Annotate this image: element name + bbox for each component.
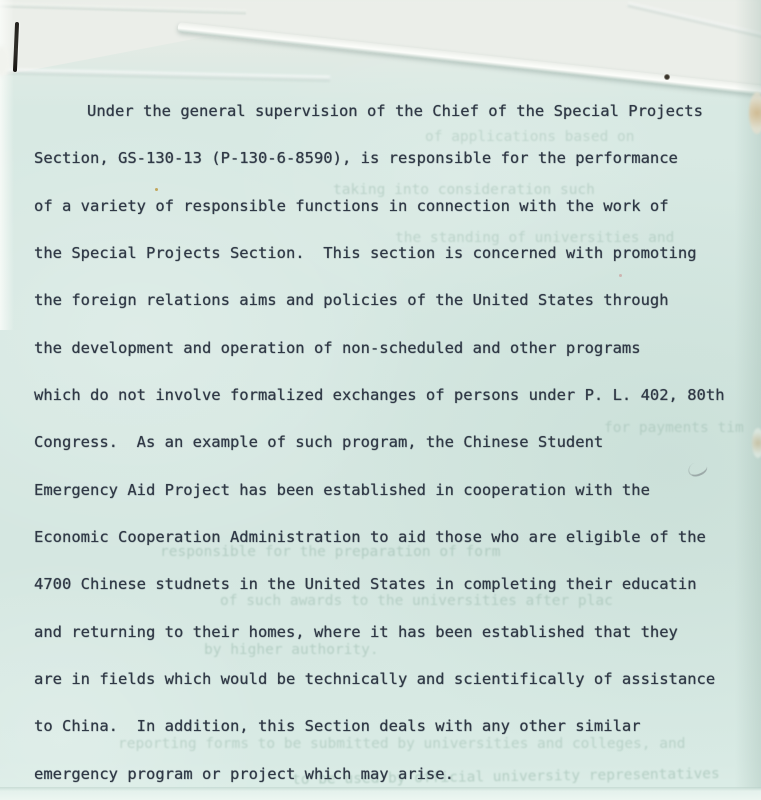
text-line: which do not involve formalized exchange… [34, 372, 754, 419]
typewritten-paragraph: Under the general supervision of the Chi… [34, 88, 754, 798]
text-line: Under the general supervision of the Chi… [34, 88, 754, 135]
text-line: of a variety of responsible functions in… [34, 183, 754, 230]
scanned-document-page: of applications based on taking into con… [0, 0, 761, 800]
text-line: the Special Projects Section. This secti… [34, 230, 754, 277]
text-line: Emergency Aid Project has been establish… [34, 467, 754, 514]
crease-line [0, 68, 330, 81]
text-line: the development and operation of non-sch… [34, 325, 754, 372]
crease-line [627, 2, 761, 41]
text-line: Congress. As an example of such program,… [34, 419, 754, 466]
text-line: to China. In addition, this Section deal… [34, 703, 754, 750]
crease-line [0, 3, 246, 15]
fold-crease [177, 22, 761, 97]
text-line: Section, GS-130-13 (P-130-6-8590), is re… [34, 135, 754, 182]
text-line: Economic Cooperation Administration to a… [34, 514, 754, 561]
text-line: the foreign relations aims and policies … [34, 277, 754, 324]
text-line: emergency program or project which may a… [34, 751, 754, 798]
staple-mark [13, 22, 19, 72]
text-line: are in fields which would be technically… [34, 656, 754, 703]
paper-hole [664, 74, 670, 80]
text-line: and returning to their homes, where it h… [34, 609, 754, 656]
edge-notch [0, 46, 10, 76]
text-line: 4700 Chinese studnets in the United Stat… [34, 561, 754, 608]
